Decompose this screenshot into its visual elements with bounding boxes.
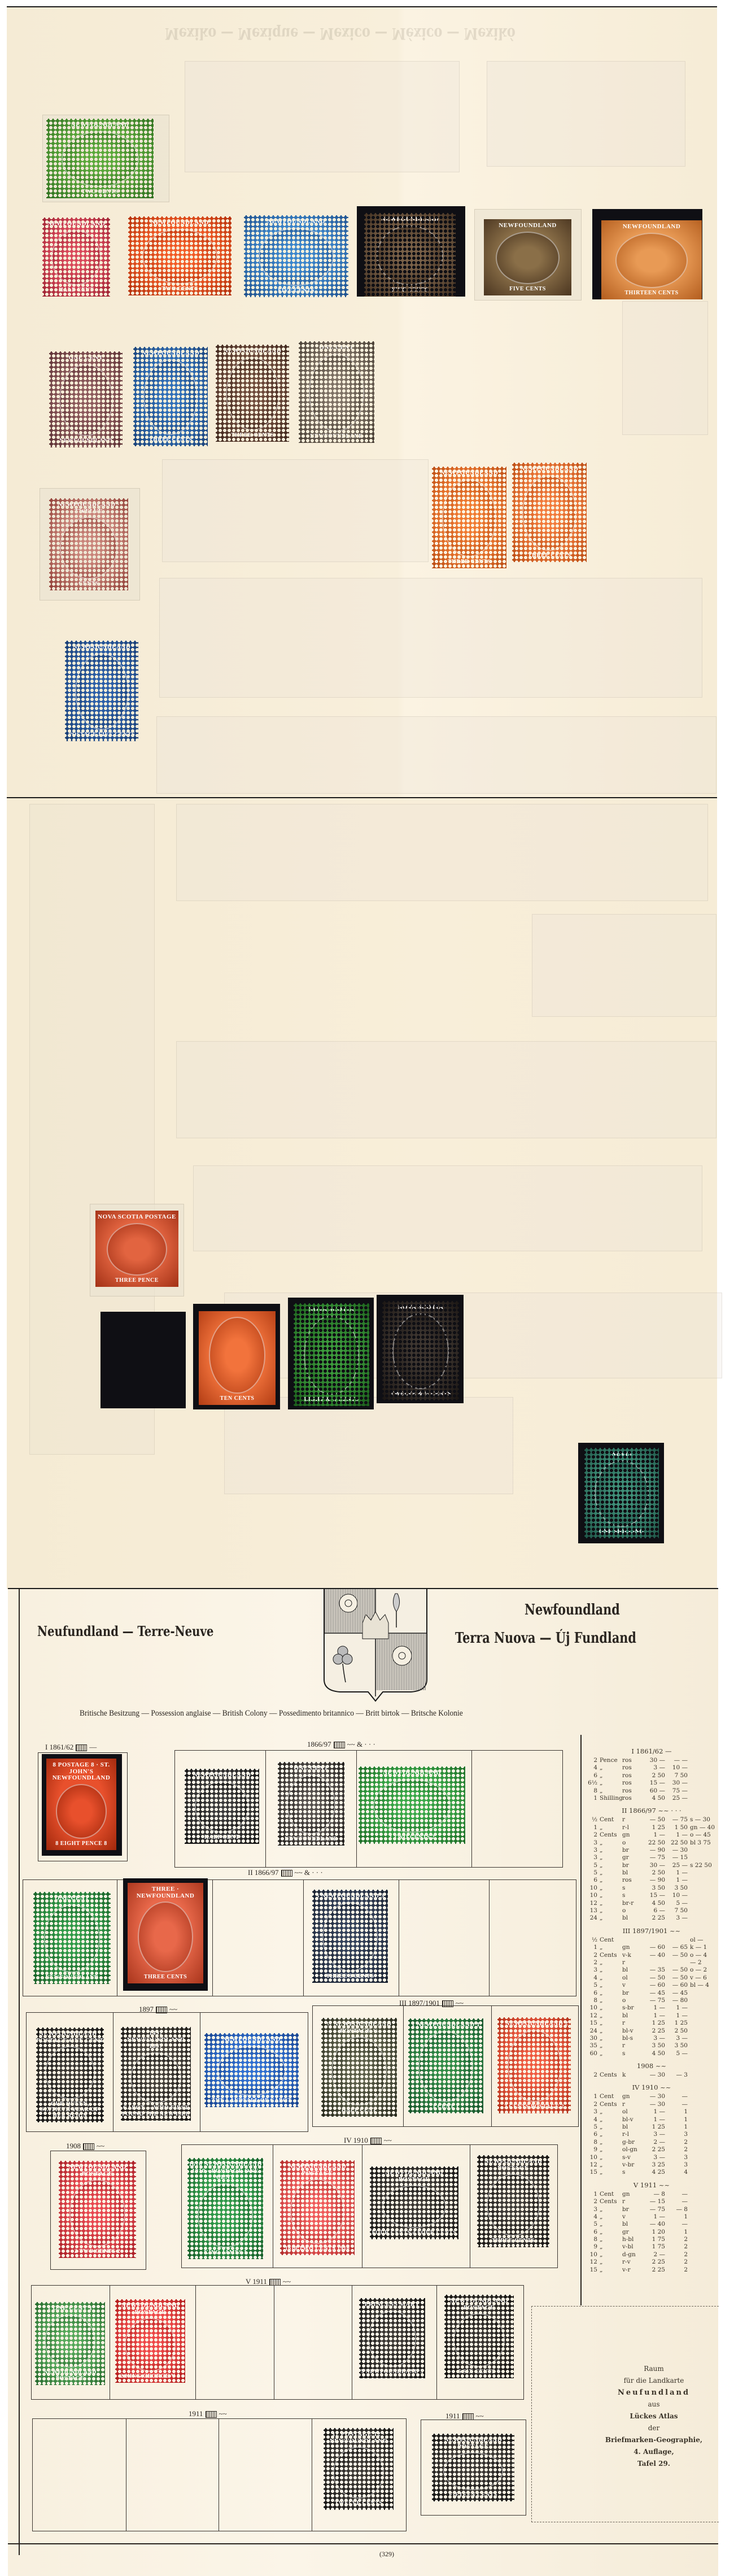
stamp[interactable]: Newfoundland PostageThree Cents [477,2155,549,2247]
stamp-bottom-inscription: Twelve & ½ Cents [390,1391,451,1401]
stamp-top-inscription: Newfoundland Postage [59,2161,136,2177]
stamp-top-inscription: Newfoundland [440,467,499,477]
stamp[interactable]: NewfoundlandThree Cents [512,463,587,562]
stamp-bottom-inscription: Half Cent [342,2108,377,2117]
stamp-portrait-icon [377,225,443,285]
stamp-portrait-icon [373,1779,450,1833]
price-row: 6½„ros15 —30 — [585,1779,718,1787]
stamp-bottom-inscription: Newfoundland [59,438,112,448]
price-section-header: II 1866/97 ~~ · · · [585,1807,718,1814]
stamp-portrait-icon [62,131,139,187]
stamp-bottom-inscription: Three Cents [149,437,192,447]
stamp-top-inscription: One Cent [294,1762,328,1772]
stamp-bottom-inscription: Newfoundland [310,434,363,443]
price-row: 8„ros60 —75 — [585,1787,718,1795]
stamp-bottom-inscription: Thirteen Cents [624,290,678,300]
stamp-portrait-icon [453,2313,504,2366]
album-page-1: Mexiko — Mexique — Mexico — México — Mex… [7,6,717,798]
price-row: ½Centr— 50— 75s — 30 [585,1816,718,1824]
stamp-bottom-inscription: Two Cents [161,286,198,296]
price-row: 4„bl-v1 —1 [585,2116,718,2124]
perforation-icon [76,1744,87,1751]
stamp-portrait-icon [107,1223,167,1276]
price-row: 6„ros2 507 50 [585,1772,718,1779]
price-section-header: V 1911 ~~ [585,2181,718,2189]
price-row: 3„br— 75— 8 [585,2206,718,2213]
stamp[interactable]: NewfoundlandFive Cents [364,213,456,297]
stamp-portrait-icon [287,1774,336,1834]
section-label: 1866/97~~ & · · · [307,1740,375,1749]
ghost-frame [185,61,460,172]
stamp-bottom-inscription: Newfoundland [46,1975,99,1985]
stamp-top-inscription: One Cent [68,351,103,362]
frame-divider [265,1751,266,1867]
frame-divider [312,2419,312,2531]
page-title-right-2: Terra Nuova — Új Fundland [455,1630,636,1647]
stamp-top-inscription: Newfoundland [623,220,681,230]
frame-divider [126,2419,126,2531]
stamp-portrait-icon [418,2031,473,2102]
frame-divider [110,2286,110,2399]
stamp[interactable]: One CentNewfoundland [33,1892,111,1984]
stamp-top-inscription: 3 Newfoundland 3 [316,1890,384,1900]
stamp-bottom-inscription: Five Cents [509,286,546,296]
ghost-frame [622,301,708,435]
stamp-bottom-inscription: 2 Two Cents 2 [75,2249,121,2259]
map-note: Raumfür die LandkarteNeufundlandausLücke… [589,2363,718,2470]
stamp-top-inscription: Newfoundland [71,119,129,129]
price-row: 10„s3 503 50 [585,1885,718,1892]
stamp-bottom-inscription: Ten Cents [220,1396,255,1406]
stamp-portrait-icon [138,1901,193,1972]
stamp-top-inscription: Newfoundland Postage [280,2160,355,2177]
page-number: (329) [379,2550,394,2558]
stamp[interactable]: Princess Mary5 Newfoundland 5 [359,2298,425,2378]
price-row: 24„bl2 253 — [585,1914,718,1922]
map-note-line: Briefmarken-Geographie, [589,2434,718,2446]
stamp-portrait-icon [60,517,117,578]
frame-divider [352,2286,352,2399]
section-label: I 1861/62— [45,1743,97,1752]
price-row: 5„bl1 251 [585,2124,718,2131]
frame-divider [436,2286,437,2399]
ghost-page-title: Mexiko — Mexique — Mexico — México — Mex… [165,24,515,43]
stamp-top-inscription: Nevis [611,1448,632,1458]
album-page-2: Nova Scotia PostageThree Pence Ten Cents… [7,797,717,1589]
stamp-portrait-icon [198,2183,253,2248]
stamp-top-inscription: One Cent [319,341,353,351]
stamp[interactable]: Newfoundland Postage2 Two Cents 2 [59,2161,136,2258]
frame-divider [470,2145,470,2268]
stamp[interactable]: Newfoundland Postage2 King George V 2 [115,2299,185,2383]
stamp[interactable]: NewfoundlandFive Cents [484,219,571,295]
stamp[interactable]: Newfoundland PostageFour Cents 4 Four Ce… [370,2166,458,2239]
price-row: 1Shillingros4 5025 — [585,1795,718,1802]
frame-divider [219,2419,219,2531]
stamp-portrait-icon [44,1904,101,1973]
price-row: 15„r1 251 25 [585,2020,718,2027]
stamp[interactable]: NewfoundlandTwo Cents [128,216,231,295]
stamp-bottom-inscription: Three Cents [492,2238,535,2248]
stamp-bottom-inscription: Half Cent [59,288,94,297]
stamp-bottom-inscription: Newfoundland Postage [35,2370,105,2385]
page-bottom-rule [8,2543,718,2544]
price-row: 3„gr— 75— 15 [585,1854,718,1861]
price-row: 1„gn— 60— 65k — 1 [585,1944,718,1951]
price-row: 8„o— 75— 80 [585,1997,718,2004]
price-row: 15„s4 254 [585,2169,718,2176]
price-row: 3„ol1 —1 [585,2108,718,2116]
frame-divider [212,1880,213,1996]
stamp-portrait-icon [615,233,688,288]
stamp-bottom-inscription: Four Cents 4 Four Cents [372,2230,457,2240]
price-row: 10„d-gn2 —2 [585,2251,718,2259]
page-subtitle: Britische Besitzung — Possession anglais… [80,1709,463,1718]
stamp[interactable]: NewfoundlandThree Cents [133,347,208,446]
price-row: 2Centsk— 30— 3 [585,2072,718,2079]
stamp[interactable]: 12 Postage 12 · NewfoundlandTwelve Cents [324,2428,394,2510]
price-row: 6„gr1 201 [585,2229,718,2236]
price-row: 3„o22 5022 50bl 3 75 [585,1839,718,1847]
price-row: 5„br30 —25 —s 22 50 [585,1862,718,1869]
stamp[interactable]: Newfoundland Postage1610 Two Cents 1910 [280,2160,355,2255]
stamp-bottom-inscription: Half Cent [204,1835,239,1844]
stamp-portrait-icon [45,2314,96,2368]
stamp-top-inscription: 1497 Newfoundland 1897 [121,2027,191,2050]
stamp-portrait-icon [443,2452,503,2490]
stamp-bottom-inscription: Two Cents [82,189,119,199]
ghost-frame [532,914,716,1017]
price-row: 5„bl— 40— [585,2221,718,2228]
price-row: 5„v— 60— 60bl — 4 [585,1982,718,1989]
stamp-bottom-inscription: 1610 Two Cents 1910 [285,2246,350,2256]
price-row: 6„br— 45— 45 [585,1990,718,1997]
stamp[interactable]: NevisOne Shilling [584,1448,659,1538]
stamp-portrait-icon [69,2179,126,2246]
stamp-bottom-inscription: 8 Eight Pence 8 [55,1841,107,1851]
price-row: 6„r-l3 —3 [585,2131,718,2138]
album-page-3: Neufundland — Terre-Neuve Newfoundland T… [8,1588,718,2576]
stamp-portrait-icon [217,2046,286,2096]
stamp-portrait-icon [51,230,101,285]
stamp[interactable]: One CentNewfoundland [49,351,123,447]
stamp[interactable]: Ten Cents [199,1311,276,1405]
stamp[interactable]: Newfoundland PostageFifteen Cents [432,2434,514,2501]
stamp-bottom-inscription: 5 Newfoundland 5 [361,2369,423,2379]
price-row: 2Centsr— 30— [585,2101,718,2108]
perforation-icon [334,1742,345,1748]
stamp[interactable]: NewfoundlandFive Cents [244,215,348,297]
stamp-top-inscription: Newfoundland [267,215,325,225]
frame-divider [273,2145,273,2268]
stamp-portrait-icon [522,475,576,551]
stamp-bottom-inscription: 2 Cents Postage 2 [504,2104,564,2114]
ghost-frame [487,61,685,167]
price-row: 1Centgn— 30— [585,2093,718,2100]
ghost-frame [156,716,716,794]
price-section-header: 1908 ~~ [585,2062,718,2070]
price-row: 1„r-l1 251 50gn — 40 [585,1824,718,1831]
price-list: I 1861/62 —2Penceros30 —— —4„ros3 —10 —6… [585,1743,718,2274]
stamp[interactable]: NewfoundlandPostage Five Cents [65,641,138,741]
stamp-bottom-inscription: 6 Six Cents 6 [458,2369,500,2379]
stamp-bottom-inscription: King James I [204,2250,246,2260]
page-title-right-1: Newfoundland [525,1602,620,1618]
page-left-rule [19,1589,20,2555]
price-row: 9„ol-gn2 252 [585,2146,718,2153]
stamp-portrait-icon [382,2185,447,2227]
price-row: ½Centol — [585,1937,718,1944]
map-note-line: aus [589,2399,718,2410]
ghost-frame [193,1165,702,1251]
stamp[interactable]: NewfoundlandThree Cents [432,467,506,568]
stamp-top-inscription: Newfoundland Postage [432,2434,514,2450]
stamp-bottom-inscription: Five Cents [278,288,314,298]
price-row: 35„r3 503 50 [585,2042,718,2050]
price-row: 5„bl2 501 — [585,1869,718,1877]
frame-divider [274,2286,274,2399]
perforation-icon [206,2411,217,2418]
stamp[interactable]: NewfoundlandThree Cents [216,345,289,442]
frame-divider [399,1880,399,1996]
map-note-line: Raum [589,2363,718,2375]
ghost-frame [159,578,702,698]
stamp-bottom-inscription: Postage Five Cents [68,732,135,742]
stamp[interactable]: 1610 Newfoundland 1910 · Postage One Cen… [187,2158,263,2259]
stamp-bottom-inscription: Newfoundland [285,1837,338,1846]
price-row: 8„h-bl1 752 [585,2236,718,2243]
stamp-portrait-icon [56,1784,107,1839]
stamp-bottom-inscription: 1 Cent 1 [432,2104,459,2114]
stamp-top-inscription: Newfoundland [224,345,282,355]
stamp-top-inscription: Newfoundland [521,463,579,473]
price-row: 13„o6 —7 50 [585,1907,718,1914]
ghost-frame [176,1041,716,1138]
stamp-bottom-inscription: Our Queen, Sixtieth Year of Her Reign [36,2101,104,2123]
perforation-icon [281,1870,292,1877]
stamp[interactable]: 2 Newfoundland 22 Cents Postage 2 [497,2017,571,2113]
stamp-bottom-inscription: 2 Two Cents 2 [389,1835,435,1844]
price-row: 2Centsgn1 —1 —o — 45 [585,1831,718,1839]
price-row: 4„ros3 —10 — [585,1764,718,1772]
stamp[interactable]: NewfoundlandTwo Cents [46,119,154,198]
stamp[interactable]: ½ Newfoundland Postage ½Half Cent [321,2018,397,2117]
ghost-frame [176,804,708,901]
stamp[interactable]: One CentNewfoundland [299,341,374,443]
stamp-portrait-icon [195,1781,249,1833]
price-row: 60„s4 505 — [585,2050,718,2057]
perforation-icon [370,2138,382,2144]
stamp[interactable]: Newfoundland Postage6 Six Cents 6 [444,2295,514,2378]
frame-divider [117,1880,117,1996]
stamp-top-inscription: 1 Newfoundland 1 [412,2018,480,2029]
stamp[interactable]: 8 Postage 8 · St. John's Newfoundland8 E… [46,1759,116,1850]
stamp-top-inscription: Newfoundland [222,2033,281,2043]
stamp-bottom-inscription: Three Cents [231,433,274,442]
price-row: 6„ros— 901 — [585,1877,718,1884]
price-row: 2„r— 2 [585,1959,718,1966]
price-row: 4„v1 —1 [585,2213,718,2221]
stamp-portrait-icon [125,2318,176,2371]
stamp-portrait-icon [442,479,496,557]
price-row: 12„bl1 —1 — [585,2012,718,2020]
stamp[interactable]: NewfoundlandThirteen Cents [601,220,702,299]
section-label: 1911~~ [189,2409,227,2418]
frame-divider [303,1880,304,1996]
price-row: 30„bl-s3 —3 — [585,2035,718,2042]
stamp[interactable]: NewfoundlandHalf Cent [42,217,110,297]
map-note-line: Tafel 29. [589,2458,718,2470]
stamp[interactable]: NewfoundlandHalf Cent [185,1769,259,1844]
coat-of-arms-icon [323,1589,428,1705]
price-row: 12„r-v2 252 [585,2259,718,2266]
price-section-header: I 1861/62 — [585,1747,718,1755]
stamp-bottom-inscription: Three Pence [115,1278,159,1287]
stamp-top-inscription: Newfoundland Postage [115,2299,185,2316]
stamp-portrait-icon [226,357,279,430]
stamp-bottom-inscription: Three 3 Cents [326,1974,374,1983]
stamp[interactable]: One CentNewfoundland [278,1762,344,1846]
stamp-portrait-icon [333,2447,385,2498]
stamp-portrait-icon [130,2052,182,2103]
stamp-portrait-icon [496,232,560,284]
stamp-top-inscription: Nova Scotia [309,1303,355,1313]
stamp-portrait-icon [309,354,364,432]
section-label: IV 1910~~ [344,2136,392,2145]
stamp-bottom-inscription: Eight & ½ Cents [304,1397,359,1407]
stamp-top-inscription: Newfoundland · Twelve [49,498,128,515]
price-row: 24„bl-v2 252 50 [585,2027,718,2035]
stamp-bottom-inscription: Fifteen Cents [449,2492,497,2502]
stamp-bottom-inscription: Five Cents [392,288,429,297]
price-row: 4„ol— 50— 50v — 6 [585,1974,718,1982]
stamp-bottom-inscription: Cabot — Who First Found the New Isle [121,2105,191,2121]
stamp-top-inscription: Newfoundland Postage [444,2295,514,2311]
price-row: 8„g-br2 —2 [585,2139,718,2146]
stamp-portrait-icon [209,1317,265,1394]
black-mount-empty [101,1312,186,1408]
stamp-portrait-icon [45,2046,95,2099]
frame-divider [200,2013,200,2131]
stamp-top-inscription: Nova Scotia Postage [98,1211,176,1221]
stamp-top-inscription: Newfoundland [193,1769,251,1779]
price-row: 12„br-r4 505 — [585,1900,718,1907]
stamp-portrait-icon [322,1902,378,1972]
frame-divider [471,1751,472,1867]
stamp[interactable]: 1 Newfoundland 11 Cent 1 [408,2018,483,2113]
stamp-top-inscription: Newfoundland [383,1766,441,1777]
stamp-top-inscription: Newfoundland · Postage One Cent [36,2027,104,2044]
price-row: 2Centsr— 15— [585,2198,718,2205]
stamp-top-inscription: Newfoundland Postage [370,2166,458,2183]
stamp-top-inscription: Princess Mary [365,2298,420,2308]
stamp-portrait-icon [143,359,198,435]
page-title-left: Neufundland — Terre-Neuve [37,1623,213,1639]
section-label: 1908~~ [66,2142,104,2151]
stamp[interactable]: Nova ScotiaEight & ½ Cents [294,1303,369,1406]
map-note-line: 4. Auflage, [589,2446,718,2458]
stamp-portrait-icon [487,2174,540,2235]
map-note-line: für die Landkarte [589,2375,718,2387]
stamp[interactable]: Nova ScotiaTwelve & ½ Cents [382,1301,459,1400]
stamp-top-inscription: 1610 Newfoundland 1910 · Postage One Cen… [187,2158,263,2181]
frame-divider [403,2006,404,2126]
map-note-line: Lückes Atlas [589,2410,718,2422]
price-section-header: IV 1910 ~~ [585,2083,718,2091]
price-row: 12„v-br3 253 [585,2161,718,2169]
ghost-frame [224,1397,513,1494]
frame-divider [356,1751,357,1867]
frame-divider [491,2006,492,2126]
price-row: 10„s-v3 —3 [585,2154,718,2161]
price-row: 2Penceros30 —— — [585,1757,718,1764]
frame-divider [489,1880,490,1996]
stamp-portrait-icon [75,653,129,730]
frame-divider [362,2145,362,2268]
frame-divider [113,2013,113,2131]
stamp-portrait-icon [142,229,217,284]
price-row: 3„br— 90— 30 [585,1847,718,1854]
map-note-line: Neufundland [589,2387,718,2399]
stamp-portrait-icon [508,2030,561,2102]
stamp-top-inscription: Newfoundland [151,216,209,227]
stamp[interactable]: 1497 Newfoundland 1897Cabot — Who First … [121,2027,191,2121]
stamp-portrait-icon [304,1316,359,1395]
stamp-portrait-icon [392,1313,448,1389]
stamp[interactable]: Nova Scotia PostageThree Pence [95,1211,178,1287]
frame-divider [195,2286,196,2399]
stamp-bottom-inscription: Three Cents [448,559,491,569]
stamp-bottom-inscription: One Shilling [599,1529,644,1539]
price-row: 10„s-br1 —1 — [585,2004,718,2012]
stamp-top-inscription: Newfoundland [499,219,557,229]
ghost-frame [162,459,429,562]
stamp-top-inscription: Newfoundland [142,347,200,357]
price-row: 3„bl— 35— 50o — 2 [585,1966,718,1974]
stamp-top-inscription: 1 One Cent 1 [47,2302,92,2312]
stamp[interactable]: 3 Newfoundland 3Three 3 Cents [312,1890,388,1983]
stamp[interactable]: Newfoundland · TwelveCents [49,498,128,590]
price-section-header: III 1897/1901 ~~ [585,1927,718,1935]
stamp-portrait-icon [290,2179,344,2243]
stamp-top-inscription: Newfoundland Postage [477,2155,549,2172]
stamp-bottom-inscription: Twelve Cents [335,2501,383,2510]
stamp[interactable]: NewfoundlandThe Landfall of Cabot [204,2033,299,2107]
perforation-icon [83,2143,94,2150]
stamp-bottom-inscription: The Landfall of Cabot [212,2098,292,2108]
stamp-portrait-icon [259,228,334,286]
stamp-portrait-icon [595,1460,649,1527]
price-list-rule [580,1735,582,2305]
stamp-portrait-icon [368,2310,417,2367]
stamp-bottom-inscription: Three Cents [144,1974,187,1984]
stamp[interactable]: Newfoundland · Postage One CentOur Queen… [36,2027,104,2122]
stamp[interactable]: Three · NewfoundlandThree Cents [128,1883,203,1983]
stamp-top-inscription: Nova Scotia [398,1301,444,1311]
stamp-top-inscription: Newfoundland [47,217,106,228]
stamp-top-inscription: Newfoundland [73,641,131,651]
stamp-top-inscription: ½ Newfoundland Postage ½ [321,2018,397,2034]
stamp[interactable]: 1 One Cent 1Newfoundland Postage [35,2302,105,2385]
stamp-portrait-icon [59,364,113,436]
stamp-top-inscription: Newfoundland [381,213,439,223]
stamp-bottom-inscription: Three Cents [528,553,571,563]
stamp[interactable]: Newfoundland2 Two Cents 2 [359,1766,465,1844]
section-label: II 1866/97~~ & · · · [248,1868,323,1877]
stamp-top-inscription: 12 Postage 12 · Newfoundland [324,2428,394,2444]
price-row: 10„s15 —10 — [585,1892,718,1899]
stamp-portrait-icon [331,2037,387,2105]
